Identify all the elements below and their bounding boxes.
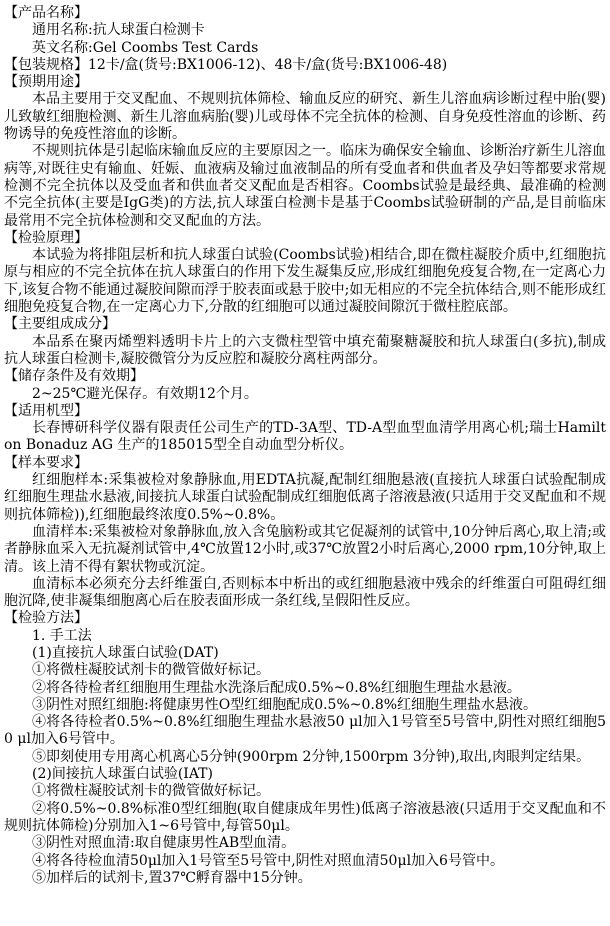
paragraph: ③阴性对照血清:取自健康男性AB型血清。 [4, 835, 606, 852]
paragraph: 本品主要用于交叉配血、不规则抗体筛检、输血反应的研究、新生儿溶血病诊断过程中胎(… [4, 91, 606, 143]
section-heading: 【预期用途】 [4, 74, 606, 91]
section-heading: 【样本要求】 [4, 455, 606, 472]
paragraph: ②将0.5%~0.8%标准0型红细胞(取自健康成年男性)低离子溶液悬液(只适用于… [4, 801, 606, 836]
paragraph: ②将各待检者红细胞用生理盐水洗涤后配成0.5%~0.8%红细胞生理盐水悬液。 [4, 680, 606, 697]
paragraph: 血清标本必须充分去纤维蛋白,否则标本中析出的或红细胞悬液中残余的纤维蛋白可阻碍红… [4, 576, 606, 611]
paragraph: ⑤即刻使用专用离心机离心5分钟(900rpm 2分钟,1500rpm 3分钟),… [4, 749, 606, 766]
paragraph: 1. 手工法 [4, 628, 606, 645]
document-body: 【产品名称】通用名称:抗人球蛋白检测卡英文名称:Gel Coombs Test … [4, 5, 606, 887]
paragraph: ④将各待检血清50μl加入1号管至5号管中,阴性对照血清50μl加入6号管中。 [4, 853, 606, 870]
section-heading: 【适用机型】 [4, 403, 606, 420]
paragraph: 2~25℃避光保存。有效期12个月。 [4, 386, 606, 403]
paragraph: 红细胞样本:采集被检对象静脉血,用EDTA抗凝,配制红细胞悬液(直接抗人球蛋白试… [4, 472, 606, 524]
paragraph: ①将微柱凝胶试剂卡的微管做好标记。 [4, 662, 606, 679]
paragraph: 本品系在聚丙烯塑料透明卡片上的六支微柱型管中填充葡聚糖凝胶和抗人球蛋白(多抗),… [4, 334, 606, 369]
paragraph: 英文名称:Gel Coombs Test Cards [4, 40, 606, 57]
section-heading: 【产品名称】 [4, 5, 606, 22]
section-heading: 【检验原理】 [4, 230, 606, 247]
section-heading: 【主要组成成分】 [4, 316, 606, 333]
document-page: 【产品名称】通用名称:抗人球蛋白检测卡英文名称:Gel Coombs Test … [0, 0, 610, 926]
paragraph: ③阴性对照红细胞:将健康男性O型红细胞配成0.5%~0.8%红细胞生理盐水悬液。 [4, 697, 606, 714]
paragraph: ④将各待检者0.5%~0.8%红细胞生理盐水悬液50 μl加入1号管至5号管中,… [4, 714, 606, 749]
paragraph: ①将微柱凝胶试剂卡的微管做好标记。 [4, 783, 606, 800]
paragraph: (2)间接抗人球蛋白试验(IAT) [4, 766, 606, 783]
paragraph: 长春博研科学仪器有限责任公司生产的TD-3A型、TD-A型血型血清学用离心机;瑞… [4, 420, 606, 455]
paragraph: 血清样本:采集被检对象静脉血,放入含兔脑粉或其它促凝剂的试管中,10分钟后离心,… [4, 524, 606, 576]
paragraph: 本试验为将排阻层析和抗人球蛋白试验(Coombs试验)相结合,即在微柱凝胶介质中… [4, 247, 606, 316]
paragraph: 通用名称:抗人球蛋白检测卡 [4, 22, 606, 39]
section-heading: 【储存条件及有效期】 [4, 368, 606, 385]
section-heading: 【检验方法】 [4, 610, 606, 627]
paragraph: (1)直接抗人球蛋白试验(DAT) [4, 645, 606, 662]
paragraph: 不规则抗体是引起临床输血反应的主要原因之一。临床为确保安全输血、诊断治疗新生儿溶… [4, 143, 606, 229]
section-heading: 【包装规格】12卡/盒(货号:BX1006-12)、48卡/盒(货号:BX100… [4, 57, 606, 74]
paragraph: ⑤加样后的试剂卡,置37℃孵育器中15分钟。 [4, 870, 606, 887]
